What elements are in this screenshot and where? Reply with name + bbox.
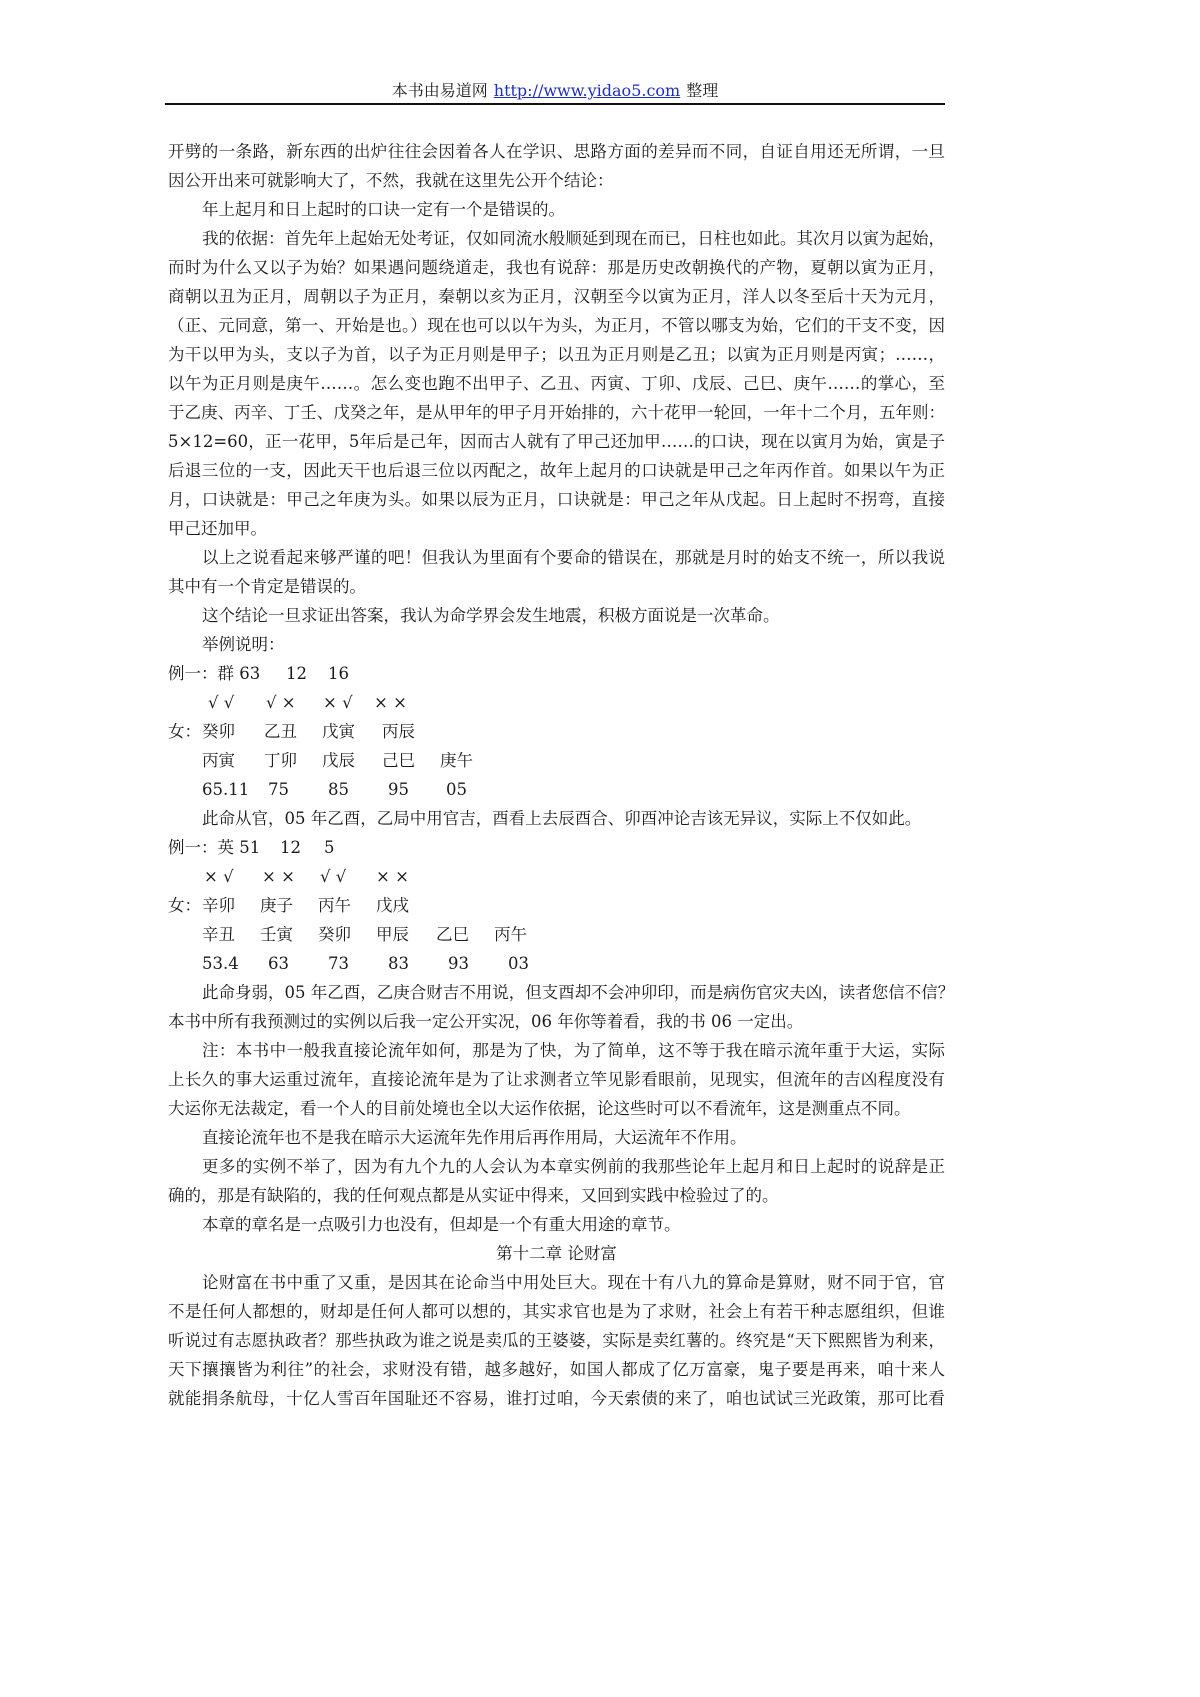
- text-line: 而时为什么又以子为始？如果遇问题绕道走，我也有说辞：那是历史改朝换代的产物，夏朝…: [168, 253, 945, 282]
- header-prefix: 本书由易道网: [392, 81, 488, 100]
- example1-years: 65.11 75 85 95 05: [168, 775, 945, 804]
- text-line: 这个结论一旦求证出答案，我认为命学界会发生地震，积极方面说是一次革命。: [168, 601, 945, 630]
- text-line: 5×12=60，正一花甲，5年后是己年，因而古人就有了甲己还加甲……的口诀，现在…: [168, 427, 945, 456]
- header-link[interactable]: http://www.yidao5.com: [494, 81, 680, 100]
- text-line: 就能捐条航母，十亿人雪百年国耻还不容易，谁打过咱，今天索债的来了，咱也试试三光政…: [168, 1384, 945, 1413]
- note-line: 注：本书中一般我直接论流年如何，那是为了快，为了简单，这不等于我在暗示流年重于大…: [168, 1036, 945, 1065]
- note-line: 上长久的事大运重过流年，直接论流年是为了让求测者立竿见影看眼前，见现实，但流年的…: [168, 1065, 945, 1094]
- example1-title: 例一：群 63 12 16: [168, 659, 945, 688]
- example1-dayun: 丙寅 丁卯 戊辰 己巳 庚午: [168, 746, 945, 775]
- example2-dayun: 辛丑 壬寅 癸卯 甲辰 乙巳 丙午: [168, 920, 945, 949]
- text-line: 月，口诀就是：甲己之年庚为头。如果以辰为正月，口诀就是：甲己之年从戊起。日上起时…: [168, 485, 945, 514]
- text-line: 以午为正月则是庚午……。怎么变也跑不出甲子、乙丑、丙寅、丁卯、戊辰、己巳、庚午……: [168, 369, 945, 398]
- chapter-title: 第十二章 论财富: [168, 1239, 945, 1268]
- example1-pillars: 女： 癸卯 乙丑 戊寅 丙辰: [168, 717, 945, 746]
- header-suffix: 整理: [686, 81, 718, 100]
- example2-comment: 此命身弱，05 年乙酉，乙庚合财吉不用说，但支酉却不会冲卯印，而是病伤官灾夫凶，…: [168, 978, 945, 1007]
- text-line: 以上之说看起来够严谨的吧！但我认为里面有个要命的错误在，那就是月时的始支不统一，…: [168, 543, 945, 572]
- text-line: 本章的章名是一点吸引力也没有，但却是一个有重大用途的章节。: [168, 1210, 945, 1239]
- example2-years: 53.4 63 73 83 93 03: [168, 949, 945, 978]
- example1-comment: 此命从官，05 年乙酉，乙局中用官吉，酉看上去辰酉合、卯酉冲论吉该无异议，实际上…: [168, 804, 945, 833]
- text-line: 为干以甲为头，支以子为首，以子为正月则是甲子；以丑为正月则是乙丑；以寅为正月则是…: [168, 340, 945, 369]
- text-line: 后退三位的一支，因此天干也后退三位以丙配之，故年上起月的口诀就是甲己之年丙作首。…: [168, 456, 945, 485]
- page-body: 开劈的一条路，新东西的出炉往往会因着各人在学识、思路方面的差异而不同，自证自用还…: [168, 137, 945, 1413]
- example2-pillars: 女： 辛卯 庚子 丙午 戊戌: [168, 891, 945, 920]
- text-line: 更多的实例不举了，因为有九个九的人会认为本章实例前的我那些论年上起月和日上起时的…: [168, 1152, 945, 1181]
- text-line: 因公开出来可就影响大了，不然，我就在这里先公开个结论：: [168, 166, 945, 195]
- text-line: 直接论流年也不是我在暗示大运流年先作用后再作用局，大运流年不作用。: [168, 1123, 945, 1152]
- text-line: 听说过有志愿执政者？那些执政为谁之说是卖瓜的王婆婆，实际是卖红薯的。终究是“天下…: [168, 1326, 945, 1355]
- text-line: 其中有一个肯定是错误的。: [168, 572, 945, 601]
- example1-marks: √ √ √ × × √ × ×: [168, 688, 945, 717]
- example2-comment: 本书中所有我预测过的实例以后我一定公开实况，06 年你等着看，我的书 06 一定…: [168, 1007, 945, 1036]
- note-line: 大运你无法裁定，看一个人的目前处境也全以大运作依据，论这些时可以不看流年，这是测…: [168, 1094, 945, 1123]
- text-line: 商朝以丑为正月，周朝以子为正月，秦朝以亥为正月，汉朝至今以寅为正月，洋人以冬至后…: [168, 282, 945, 311]
- text-line: 天下攘攘皆为利往”的社会，求财没有错，越多越好，如国人都成了亿万富豪，鬼子要是再…: [168, 1355, 945, 1384]
- text-line: 举例说明：: [168, 630, 945, 659]
- text-line: 甲己还加甲。: [168, 514, 945, 543]
- text-line: 论财富在书中重了又重，是因其在论命当中用处巨大。现在十有八九的算命是算财，财不同…: [168, 1268, 945, 1297]
- text-line: 不是任何人都想的，财却是任何人都可以想的，其实求官也是为了求财，社会上有若干种志…: [168, 1297, 945, 1326]
- text-line: （正、元同意，第一、开始是也。）现在也可以以午为头，为正月，不管以哪支为始，它们…: [168, 311, 945, 340]
- conclusion-line: 年上起月和日上起时的口诀一定有一个是错误的。: [168, 195, 945, 224]
- text-line: 开劈的一条路，新东西的出炉往往会因着各人在学识、思路方面的差异而不同，自证自用还…: [168, 137, 945, 166]
- text-line: 于乙庚、丙辛、丁壬、戊癸之年，是从甲年的甲子月开始排的，六十花甲一轮回，一年十二…: [168, 398, 945, 427]
- page-header: 本书由易道网http://www.yidao5.com整理: [165, 78, 945, 104]
- example2-marks: × √ × × √ √ × ×: [168, 862, 945, 891]
- header-divider: [165, 103, 945, 105]
- text-line: 我的依据：首先年上起始无处考证，仅如同流水般顺延到现在而已，日柱也如此。其次月以…: [168, 224, 945, 253]
- text-line: 确的，那是有缺陷的，我的任何观点都是从实证中得来，又回到实践中检验过了的。: [168, 1181, 945, 1210]
- example2-title: 例一：英 51 12 5: [168, 833, 945, 862]
